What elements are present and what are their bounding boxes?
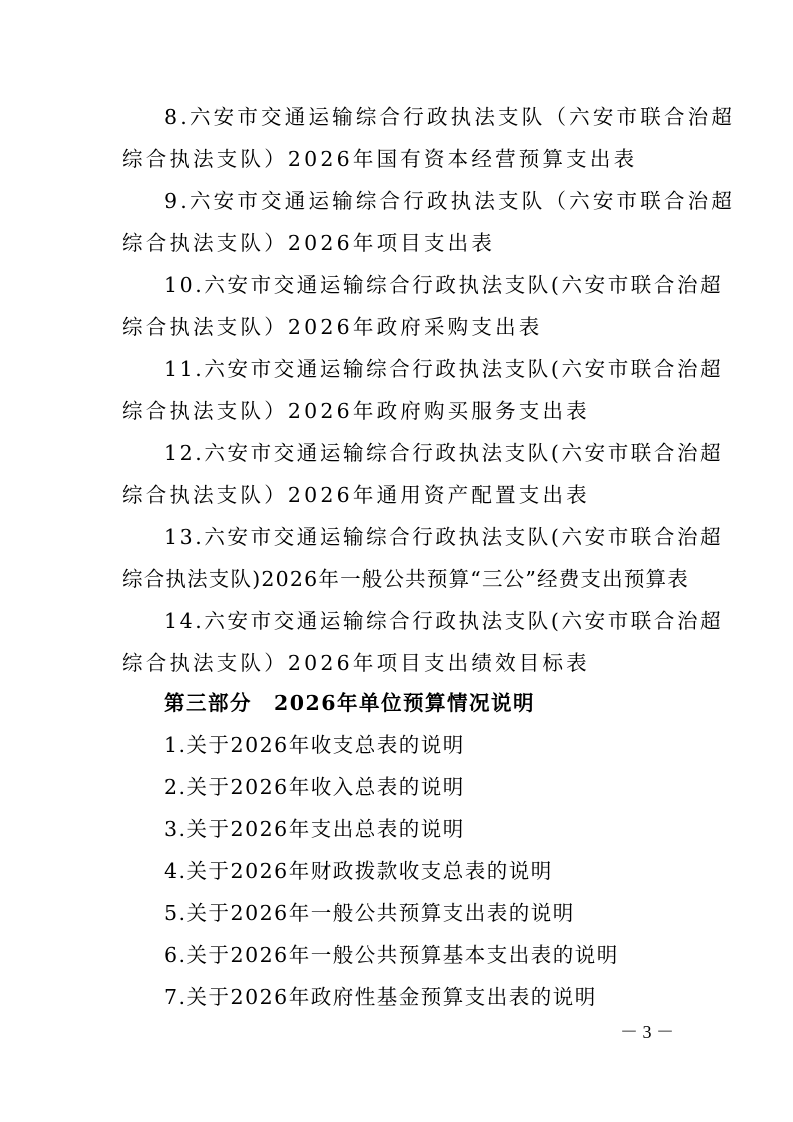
toc-item-8: 8.六安市交通运输综合行政执法支队（六安市联合治超 <box>164 104 735 130</box>
explanation-item-4: 4.关于2026年财政拨款收支总表的说明 <box>164 858 553 884</box>
toc-item-11: 11.六安市交通运输综合行政执法支队(六安市联合治超 <box>164 356 723 382</box>
toc-item-14: 14.六安市交通运输综合行政执法支队(六安市联合治超 <box>164 608 723 634</box>
toc-item-10-cont: 综合执法支队）2026年政府采购支出表 <box>122 314 542 340</box>
toc-item-14-cont: 综合执法支队）2026年项目支出绩效目标表 <box>122 650 590 676</box>
toc-item-12: 12.六安市交通运输综合行政执法支队(六安市联合治超 <box>164 440 723 466</box>
explanation-item-5: 5.关于2026年一般公共预算支出表的说明 <box>164 900 575 926</box>
toc-item-13: 13.六安市交通运输综合行政执法支队(六安市联合治超 <box>164 524 723 550</box>
explanation-item-3: 3.关于2026年支出总表的说明 <box>164 816 465 842</box>
page-number: － 3 － <box>620 1018 674 1044</box>
explanation-item-2: 2.关于2026年收入总表的说明 <box>164 774 465 800</box>
toc-item-13-cont: 综合执法支队)2026年一般公共预算“三公”经费支出预算表 <box>122 566 689 592</box>
document-page: 8.六安市交通运输综合行政执法支队（六安市联合治超 综合执法支队）2026年国有… <box>0 0 793 1122</box>
toc-item-12-cont: 综合执法支队）2026年通用资产配置支出表 <box>122 482 590 508</box>
toc-item-8-cont: 综合执法支队）2026年国有资本经营预算支出表 <box>122 146 637 172</box>
toc-item-9: 9.六安市交通运输综合行政执法支队（六安市联合治超 <box>164 188 735 214</box>
explanation-item-6: 6.关于2026年一般公共预算基本支出表的说明 <box>164 942 619 968</box>
toc-item-11-cont: 综合执法支队）2026年政府购买服务支出表 <box>122 398 590 424</box>
section-heading-part3: 第三部分 2026年单位预算情况说明 <box>164 690 535 716</box>
explanation-item-7: 7.关于2026年政府性基金预算支出表的说明 <box>164 984 597 1010</box>
explanation-item-1: 1.关于2026年收支总表的说明 <box>164 732 465 758</box>
toc-item-9-cont: 综合执法支队）2026年项目支出表 <box>122 230 495 256</box>
toc-item-10: 10.六安市交通运输综合行政执法支队(六安市联合治超 <box>164 272 723 298</box>
